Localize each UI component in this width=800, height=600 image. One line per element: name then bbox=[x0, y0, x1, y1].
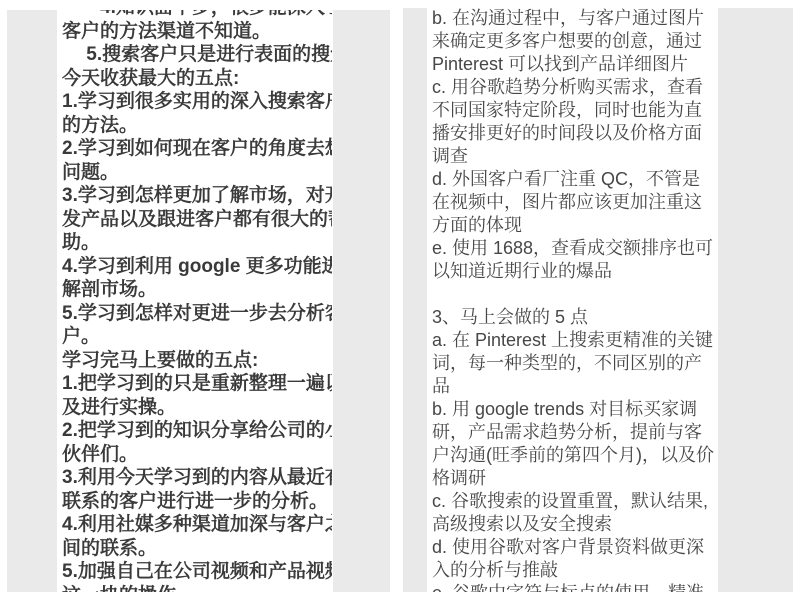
text-line: 发产品以及跟进客户都有很大的帮 bbox=[62, 208, 332, 232]
text-line: 户。 bbox=[62, 325, 332, 349]
text-line: d. 外国客户看厂注重 QC，不管是 bbox=[432, 168, 717, 191]
text-line: 户沟通(旺季前的第四个月)，以及价 bbox=[432, 444, 717, 467]
left-note-card: 4.知识面不多，很多能深入了解客户的方法渠道不知道。 5.搜索客户只是进行表面的… bbox=[57, 10, 333, 592]
text-line: 伙伴们。 bbox=[62, 443, 332, 467]
right-note-text: b. 在沟通过程中，与客户通过图片来确定更多客户想要的创意，通过Pinteres… bbox=[432, 8, 717, 592]
left-note-text: 4.知识面不多，很多能深入了解客户的方法渠道不知道。 5.搜索客户只是进行表面的… bbox=[62, 10, 332, 592]
text-line: 2.把学习到的知识分享给公司的小 bbox=[62, 419, 332, 443]
text-line: 入的分析与推敲 bbox=[432, 559, 717, 582]
text-line: 助。 bbox=[62, 231, 332, 255]
text-line: 3、马上会做的 5 点 bbox=[432, 306, 717, 329]
text-line: 3.学习到怎样更加了解市场，对开 bbox=[62, 184, 332, 208]
text-line: 2.学习到如何现在客户的角度去想 bbox=[62, 137, 332, 161]
text-line: 今天收获最大的五点: bbox=[62, 67, 332, 91]
text-line: b. 在沟通过程中，与客户通过图片 bbox=[432, 8, 717, 30]
text-line: 5.加强自己在公司视频和产品视频 bbox=[62, 560, 332, 584]
right-note-card: b. 在沟通过程中，与客户通过图片来确定更多客户想要的创意，通过Pinteres… bbox=[427, 8, 718, 592]
text-line: 调查 bbox=[432, 145, 717, 168]
text-line: 在视频中，图片都应该更加注重这 bbox=[432, 191, 717, 214]
text-line: 不同国家特定阶段，同时也能为直 bbox=[432, 99, 717, 122]
text-line: 4.利用社媒多种渠道加深与客户之 bbox=[62, 513, 332, 537]
text-line: 4.知识面不多，很多能深入了解 bbox=[62, 10, 332, 20]
text-line: 研，产品需求趋势分析，提前与客 bbox=[432, 421, 717, 444]
text-line: 1.把学习到的只是重新整理一遍以 bbox=[62, 372, 332, 396]
text-line: 客户的方法渠道不知道。 bbox=[62, 20, 332, 44]
text-line: e. 谷歌中字符与标点的使用，精准 bbox=[432, 582, 717, 592]
text-line: 播安排更好的时间段以及价格方面 bbox=[432, 122, 717, 145]
text-line: 品 bbox=[432, 375, 717, 398]
text-line: 以知道近期行业的爆品 bbox=[432, 260, 717, 283]
text-line: 词，每一种类型的，不同区别的产 bbox=[432, 352, 717, 375]
text-line: 解剖市场。 bbox=[62, 278, 332, 302]
text-line: a. 在 Pinterest 上搜索更精准的关键 bbox=[432, 329, 717, 352]
text-line: 及进行实操。 bbox=[62, 396, 332, 420]
right-note-screenshot: b. 在沟通过程中，与客户通过图片来确定更多客户想要的创意，通过Pinteres… bbox=[403, 8, 793, 592]
text-line: b. 用 google trends 对目标买家调 bbox=[432, 398, 717, 421]
text-line: 格调研 bbox=[432, 467, 717, 490]
text-line: 1.学习到很多实用的深入搜索客户 bbox=[62, 90, 332, 114]
text-line: 4.学习到利用 google 更多功能进行 bbox=[62, 255, 332, 279]
text-line: 这一块的操作 bbox=[62, 584, 332, 593]
page-background: 4.知识面不多，很多能深入了解客户的方法渠道不知道。 5.搜索客户只是进行表面的… bbox=[0, 0, 800, 600]
text-line: 方面的体现 bbox=[432, 214, 717, 237]
left-note-screenshot: 4.知识面不多，很多能深入了解客户的方法渠道不知道。 5.搜索客户只是进行表面的… bbox=[7, 10, 390, 592]
text-line: 问题。 bbox=[62, 161, 332, 185]
text-line bbox=[432, 283, 717, 306]
text-line: 5.搜索客户只是进行表面的搜索。 bbox=[62, 43, 332, 67]
text-line: 的方法。 bbox=[62, 114, 332, 138]
text-line: 联系的客户进行进一步的分析。 bbox=[62, 490, 332, 514]
text-line: 5.学习到怎样对更进一步去分析客 bbox=[62, 302, 332, 326]
text-line: 学习完马上要做的五点: bbox=[62, 349, 332, 373]
text-line: 来确定更多客户想要的创意，通过 bbox=[432, 30, 717, 53]
text-line: e. 使用 1688，查看成交额排序也可 bbox=[432, 237, 717, 260]
text-line: c. 用谷歌趋势分析购买需求，查看 bbox=[432, 76, 717, 99]
text-line: d. 使用谷歌对客户背景资料做更深 bbox=[432, 536, 717, 559]
text-line: c. 谷歌搜索的设置重置，默认结果, bbox=[432, 490, 717, 513]
text-line: 高级搜索以及安全搜索 bbox=[432, 513, 717, 536]
text-line: Pinterest 可以找到产品详细图片 bbox=[432, 53, 717, 76]
text-line: 间的联系。 bbox=[62, 537, 332, 561]
text-line: 3.利用今天学习到的内容从最近有 bbox=[62, 466, 332, 490]
